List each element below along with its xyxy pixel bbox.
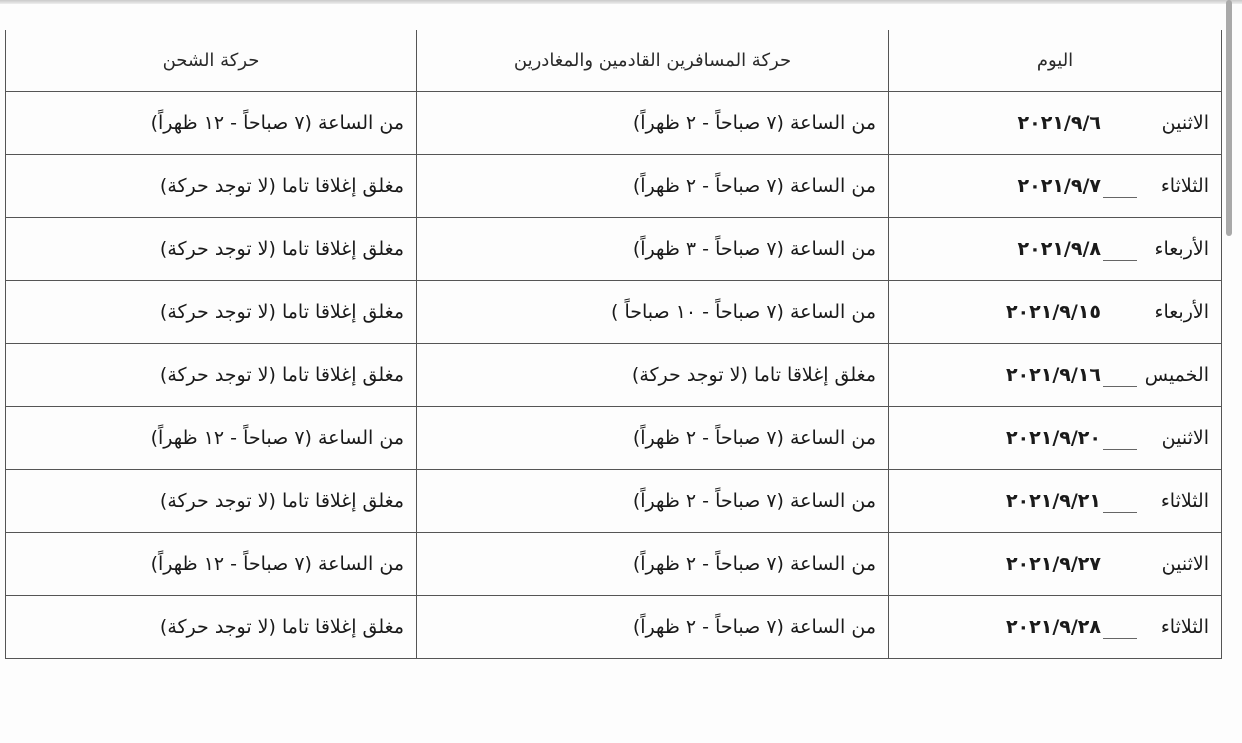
- underscore-separator: [1103, 512, 1137, 513]
- table-row: الخميس٢٠٢١/٩/١٦ مغلق إغلاقا تاما (لا توج…: [6, 344, 1222, 407]
- day-name: الأربعاء: [1139, 301, 1209, 323]
- passengers-cell: من الساعة (٧ صباحاً - ٢ ظهراً): [417, 470, 889, 533]
- day-name: الثلاثاء: [1139, 175, 1209, 197]
- underscore-separator: [1103, 197, 1137, 198]
- header-day: اليوم: [889, 30, 1222, 92]
- table-row: الاثنين٢٠٢١/٩/٢٠ من الساعة (٧ صباحاً - ٢…: [6, 407, 1222, 470]
- table-row: الثلاثاء٢٠٢١/٩/٢٨ من الساعة (٧ صباحاً - …: [6, 596, 1222, 659]
- day-date: ٢٠٢١/٩/٧: [1018, 175, 1101, 197]
- day-name: الأربعاء: [1139, 238, 1209, 260]
- cargo-cell: من الساعة (٧ صباحاً - ١٢ ظهراً): [6, 92, 417, 155]
- day-cell: الثلاثاء٢٠٢١/٩/٧: [889, 155, 1222, 218]
- day-date: ٢٠٢١/٩/٢٠: [1006, 427, 1101, 449]
- cargo-cell: مغلق إغلاقا تاما (لا توجد حركة): [6, 218, 417, 281]
- day-date: ٢٠٢١/٩/٢١: [1006, 490, 1101, 512]
- day-date: ٢٠٢١/٩/١٦: [1006, 364, 1101, 386]
- table-header-row: اليوم حركة المسافرين القادمين والمغادرين…: [6, 30, 1222, 92]
- day-cell: الأربعاء٢٠٢١/٩/٨: [889, 218, 1222, 281]
- day-date: ٢٠٢١/٩/٨: [1018, 238, 1101, 260]
- document-page: اليوم حركة المسافرين القادمين والمغادرين…: [0, 0, 1242, 743]
- day-cell: الثلاثاء٢٠٢١/٩/٢٨: [889, 596, 1222, 659]
- table-row: الثلاثاء٢٠٢١/٩/٢١ من الساعة (٧ صباحاً - …: [6, 470, 1222, 533]
- day-date: ٢٠٢١/٩/٢٧: [1006, 553, 1101, 575]
- underscore-separator: [1103, 449, 1137, 450]
- table-row: الأربعاء٢٠٢١/٩/١٥ من الساعة (٧ صباحاً - …: [6, 281, 1222, 344]
- cargo-cell: من الساعة (٧ صباحاً - ١٢ ظهراً): [6, 533, 417, 596]
- schedule-table: اليوم حركة المسافرين القادمين والمغادرين…: [5, 30, 1222, 659]
- day-cell: الاثنين٢٠٢١/٩/٢٠: [889, 407, 1222, 470]
- table-body: الاثنين٢٠٢١/٩/٦ من الساعة (٧ صباحاً - ٢ …: [6, 92, 1222, 659]
- day-name: الثلاثاء: [1139, 616, 1209, 638]
- day-cell: الأربعاء٢٠٢١/٩/١٥: [889, 281, 1222, 344]
- scrollbar-thumb[interactable]: [1226, 0, 1232, 236]
- day-cell: الاثنين٢٠٢١/٩/٢٧: [889, 533, 1222, 596]
- passengers-cell: من الساعة (٧ صباحاً - ٢ ظهراً): [417, 533, 889, 596]
- table-row: الثلاثاء٢٠٢١/٩/٧ من الساعة (٧ صباحاً - ٢…: [6, 155, 1222, 218]
- underscore-separator: [1103, 638, 1137, 639]
- cargo-cell: من الساعة (٧ صباحاً - ١٢ ظهراً): [6, 407, 417, 470]
- cargo-cell: مغلق إغلاقا تاما (لا توجد حركة): [6, 470, 417, 533]
- header-cargo: حركة الشحن: [6, 30, 417, 92]
- day-cell: الخميس٢٠٢١/٩/١٦: [889, 344, 1222, 407]
- passengers-cell: من الساعة (٧ صباحاً - ٢ ظهراً): [417, 92, 889, 155]
- day-name: الخميس: [1139, 364, 1209, 386]
- underscore-separator: [1103, 260, 1137, 261]
- day-date: ٢٠٢١/٩/٦: [1018, 112, 1101, 134]
- passengers-cell: من الساعة (٧ صباحاً - ٢ ظهراً): [417, 155, 889, 218]
- top-edge-divider: [0, 0, 1242, 4]
- passengers-cell: من الساعة (٧ صباحاً - ٢ ظهراً): [417, 596, 889, 659]
- cargo-cell: مغلق إغلاقا تاما (لا توجد حركة): [6, 596, 417, 659]
- day-name: الاثنين: [1139, 427, 1209, 449]
- day-cell: الاثنين٢٠٢١/٩/٦: [889, 92, 1222, 155]
- passengers-cell: من الساعة (٧ صباحاً - ٣ ظهراً): [417, 218, 889, 281]
- table-row: الأربعاء٢٠٢١/٩/٨ من الساعة (٧ صباحاً - ٣…: [6, 218, 1222, 281]
- passengers-cell: مغلق إغلاقا تاما (لا توجد حركة): [417, 344, 889, 407]
- day-name: الاثنين: [1139, 553, 1209, 575]
- day-date: ٢٠٢١/٩/١٥: [1006, 301, 1101, 323]
- vertical-scrollbar[interactable]: [1224, 0, 1236, 743]
- underscore-separator: [1103, 386, 1137, 387]
- cargo-cell: مغلق إغلاقا تاما (لا توجد حركة): [6, 344, 417, 407]
- day-cell: الثلاثاء٢٠٢١/٩/٢١: [889, 470, 1222, 533]
- cargo-cell: مغلق إغلاقا تاما (لا توجد حركة): [6, 155, 417, 218]
- day-date: ٢٠٢١/٩/٢٨: [1006, 616, 1101, 638]
- passengers-cell: من الساعة (٧ صباحاً - ٢ ظهراً): [417, 407, 889, 470]
- table-row: الاثنين٢٠٢١/٩/٦ من الساعة (٧ صباحاً - ٢ …: [6, 92, 1222, 155]
- header-passengers: حركة المسافرين القادمين والمغادرين: [417, 30, 889, 92]
- cargo-cell: مغلق إغلاقا تاما (لا توجد حركة): [6, 281, 417, 344]
- day-name: الثلاثاء: [1139, 490, 1209, 512]
- table-row: الاثنين٢٠٢١/٩/٢٧ من الساعة (٧ صباحاً - ٢…: [6, 533, 1222, 596]
- day-name: الاثنين: [1139, 112, 1209, 134]
- passengers-cell: من الساعة (٧ صباحاً - ١٠ صباحاً ): [417, 281, 889, 344]
